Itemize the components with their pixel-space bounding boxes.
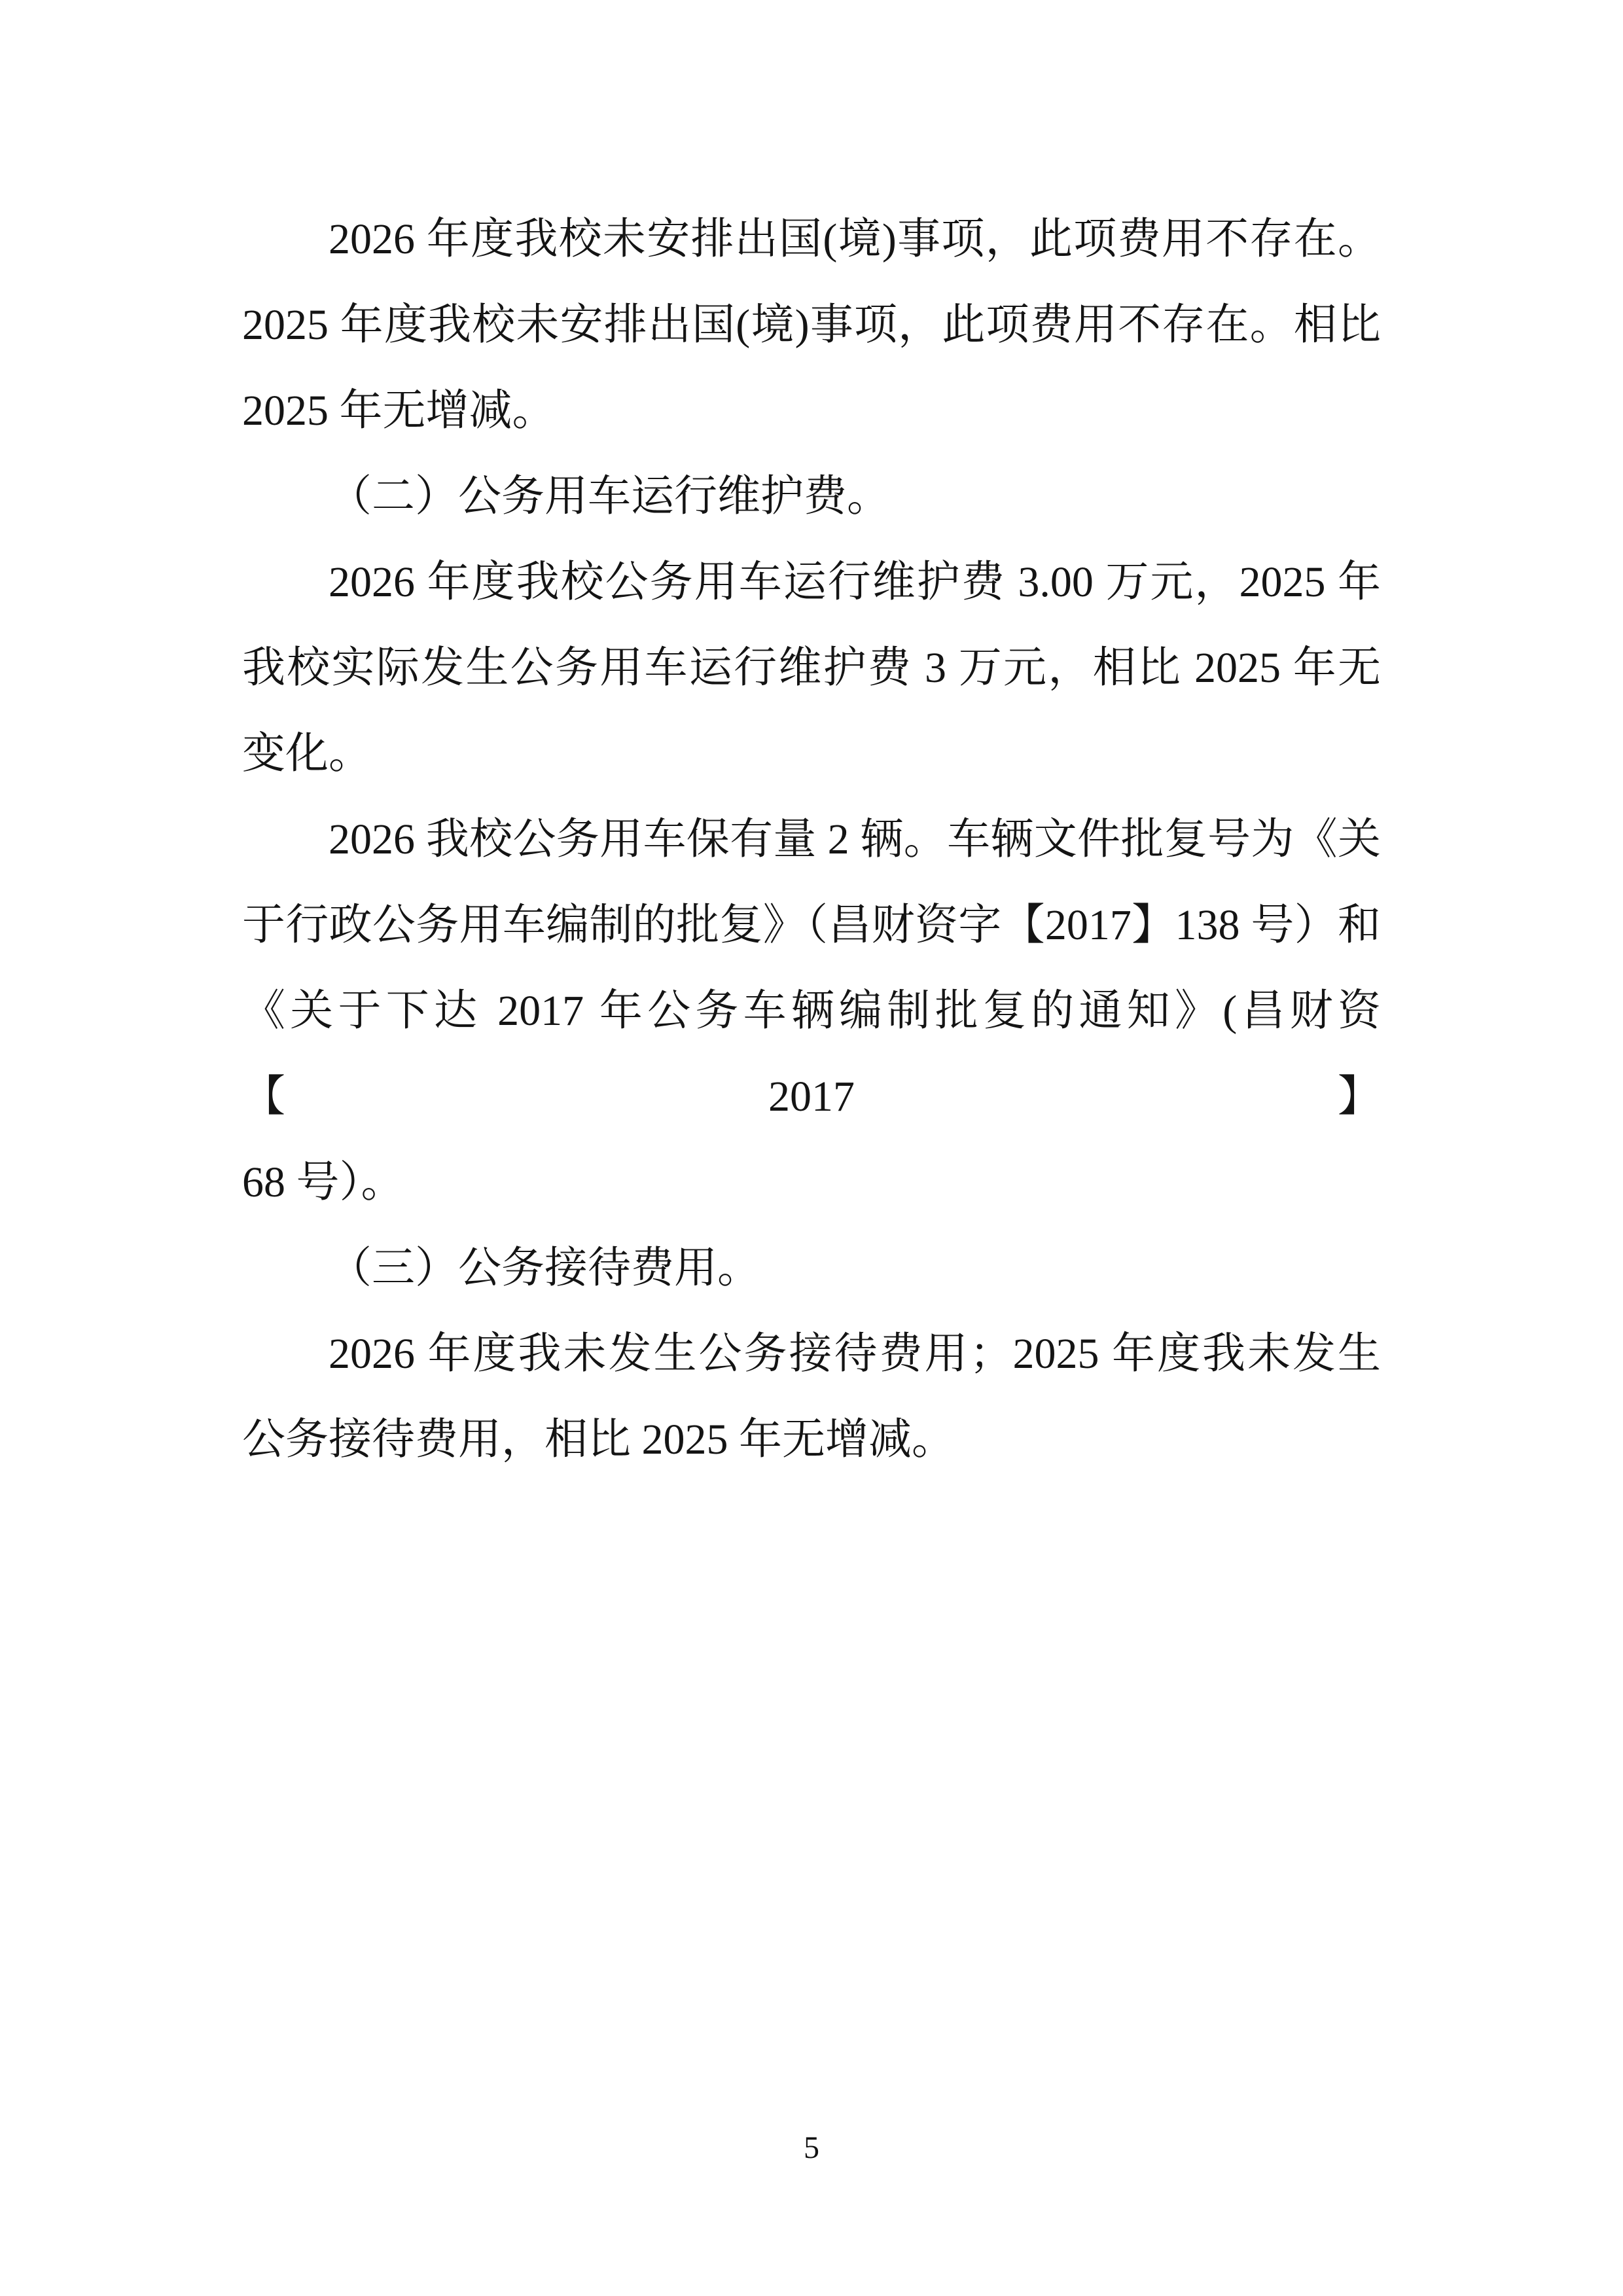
- section-heading: （三）公务接待费用。: [242, 1225, 1381, 1311]
- text-line: 变化。: [242, 711, 1381, 797]
- text-line: 《关于下达 2017 年公务车辆编制批复的通知》(昌财资【2017】: [242, 968, 1381, 1139]
- text-line: 68 号）。: [242, 1139, 1381, 1225]
- text-line: 我校实际发生公务用车运行维护费 3 万元，相比 2025 年无: [242, 625, 1381, 711]
- document-page: 2026 年度我校未安排出国(境)事项，此项费用不存在。2025 年度我校未安排…: [0, 0, 1623, 2296]
- page-number: 5: [0, 2128, 1623, 2168]
- text-line: 2026 年度我未发生公务接待费用；2025 年度我未发生: [242, 1311, 1381, 1397]
- document-body: 2026 年度我校未安排出国(境)事项，此项费用不存在。2025 年度我校未安排…: [242, 196, 1381, 1482]
- text-line: 公务接待费用，相比 2025 年无增减。: [242, 1397, 1381, 1482]
- text-line: 2026 年度我校公务用车运行维护费 3.00 万元，2025 年: [242, 539, 1381, 625]
- text-line: 2026 我校公务用车保有量 2 辆。车辆文件批复号为《关: [242, 797, 1381, 882]
- section-heading: （二）公务用车运行维护费。: [242, 454, 1381, 539]
- text-line: 2025 年无增减。: [242, 368, 1381, 454]
- text-line: 2025 年度我校未安排出国(境)事项，此项费用不存在。相比: [242, 282, 1381, 368]
- text-line: 2026 年度我校未安排出国(境)事项，此项费用不存在。: [242, 196, 1381, 282]
- text-line: 于行政公务用车编制的批复》（昌财资字【2017】138 号）和: [242, 882, 1381, 968]
